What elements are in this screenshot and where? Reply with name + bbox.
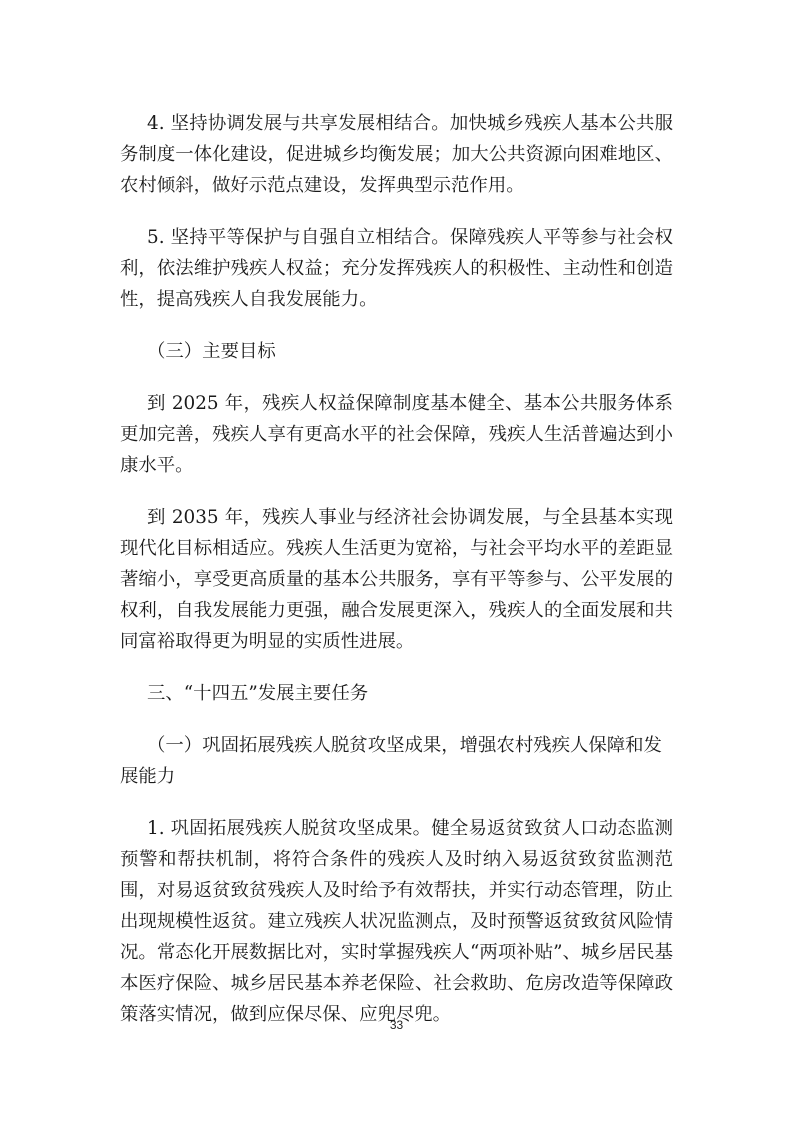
page-number: 33: [0, 1018, 793, 1032]
heading-main-tasks: 三、“十四五”发展主要任务: [120, 678, 673, 709]
heading-main-goals: （三）主要目标: [120, 336, 673, 367]
paragraph-coordinated-development: 4. 坚持协调发展与共享发展相结合。加快城乡残疾人基本公共服务制度一体化建设，促…: [120, 108, 673, 201]
document-page: 4. 坚持协调发展与共享发展相结合。加快城乡残疾人基本公共服务制度一体化建设，促…: [120, 108, 673, 1051]
heading-consolidate-poverty-alleviation: （一）巩固拓展残疾人脱贫攻坚成果，增强农村残疾人保障和发展能力: [120, 730, 673, 792]
paragraph-equal-protection: 5. 坚持平等保护与自强自立相结合。保障残疾人平等参与社会权利，依法维护残疾人权…: [120, 222, 673, 315]
paragraph-goal-2025: 到 2025 年，残疾人权益保障制度基本健全、基本公共服务体系更加完善，残疾人享…: [120, 388, 673, 481]
paragraph-goal-2035: 到 2035 年，残疾人事业与经济社会协调发展，与全县基本实现现代化目标相适应。…: [120, 502, 673, 657]
paragraph-consolidate-results: 1. 巩固拓展残疾人脱贫攻坚成果。健全易返贫致贫人口动态监测预警和帮扶机制，将符…: [120, 813, 673, 1030]
